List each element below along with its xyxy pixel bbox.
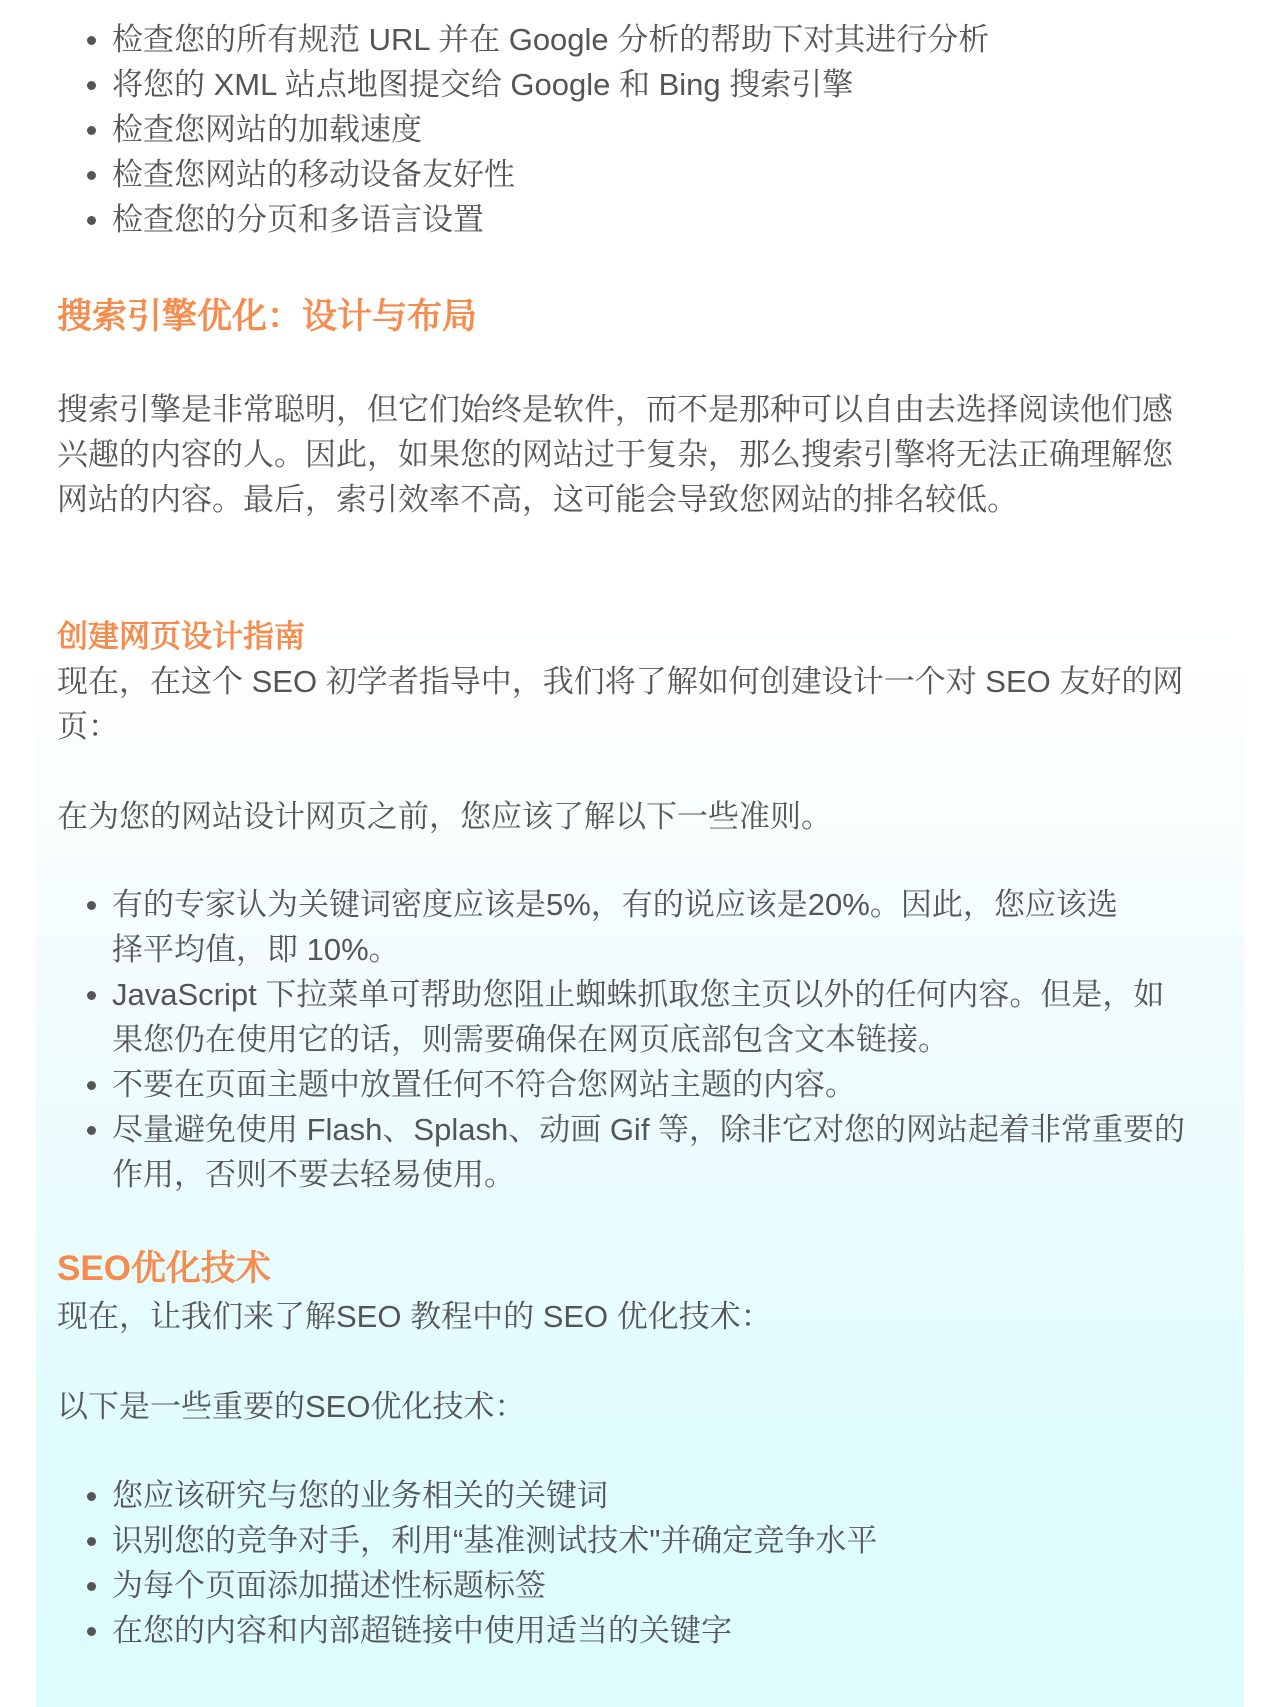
techniques-intro-paragraph: 现在，让我们来了解SEO 教程中的 SEO 优化技术： (57, 1294, 1187, 1339)
guidelines-intro-paragraph: 现在，在这个 SEO 初学者指导中，我们将了解如何创建设计一个对 SEO 友好的… (57, 659, 1187, 749)
content-background-panel (36, 0, 1244, 1707)
list-item: 检查您的所有规范 URL 并在 Google 分析的帮助下对其进行分析 (57, 17, 989, 62)
list-item: 有的专家认为关键词密度应该是5%，有的说应该是20%。因此，您应该选择平均值，即… (57, 882, 1187, 972)
design-guidelines-list: 有的专家认为关键词密度应该是5%，有的说应该是20%。因此，您应该选择平均值，即… (57, 882, 1187, 1197)
list-item: 为每个页面添加描述性标题标签 (57, 1563, 877, 1608)
seo-techniques-list: 您应该研究与您的业务相关的关键词 识别您的竞争对手，利用“基准测试技术"并确定竞… (57, 1473, 877, 1653)
bullet-icon (87, 991, 96, 1000)
bullet-icon (87, 216, 96, 225)
bullet-icon (87, 36, 96, 45)
section-heading-design-layout: 搜索引擎优化：设计与布局 (57, 292, 477, 342)
bullet-icon (87, 1126, 96, 1135)
section-heading-seo-techniques: SEO优化技术 (57, 1244, 271, 1294)
list-item: 识别您的竞争对手，利用“基准测试技术"并确定竞争水平 (57, 1518, 877, 1563)
bullet-icon (87, 901, 96, 910)
bullet-icon (87, 1081, 96, 1090)
list-item: 将您的 XML 站点地图提交给 Google 和 Bing 搜索引擎 (57, 62, 989, 107)
bullet-icon (87, 1627, 96, 1636)
bullet-icon (87, 81, 96, 90)
bullet-icon (87, 171, 96, 180)
list-item: 检查您的分页和多语言设置 (57, 197, 989, 242)
bullet-icon (87, 1492, 96, 1501)
list-item: JavaScript 下拉菜单可帮助您阻止蜘蛛抓取您主页以外的任何内容。但是，如… (57, 972, 1187, 1062)
guidelines-lead-paragraph: 在为您的网站设计网页之前，您应该了解以下一些准则。 (57, 794, 1187, 839)
list-item: 检查您网站的加载速度 (57, 107, 989, 152)
list-item: 您应该研究与您的业务相关的关键词 (57, 1473, 877, 1518)
design-layout-paragraph: 搜索引擎是非常聪明，但它们始终是软件，而不是那种可以自由去选择阅读他们感兴趣的内… (57, 387, 1187, 522)
bullet-icon (87, 126, 96, 135)
bullet-icon (87, 1537, 96, 1546)
list-item: 检查您网站的移动设备友好性 (57, 152, 989, 197)
list-item: 不要在页面主题中放置任何不符合您网站主题的内容。 (57, 1062, 1187, 1107)
techniques-lead-paragraph: 以下是一些重要的SEO优化技术： (57, 1384, 1187, 1429)
bullet-icon (87, 1582, 96, 1591)
list-item: 尽量避免使用 Flash、Splash、动画 Gif 等，除非它对您的网站起着非… (57, 1107, 1187, 1197)
list-item: 在您的内容和内部超链接中使用适当的关键字 (57, 1608, 877, 1653)
section-heading-design-guidelines: 创建网页设计指南 (57, 614, 305, 659)
seo-checklist: 检查您的所有规范 URL 并在 Google 分析的帮助下对其进行分析 将您的 … (57, 17, 989, 242)
